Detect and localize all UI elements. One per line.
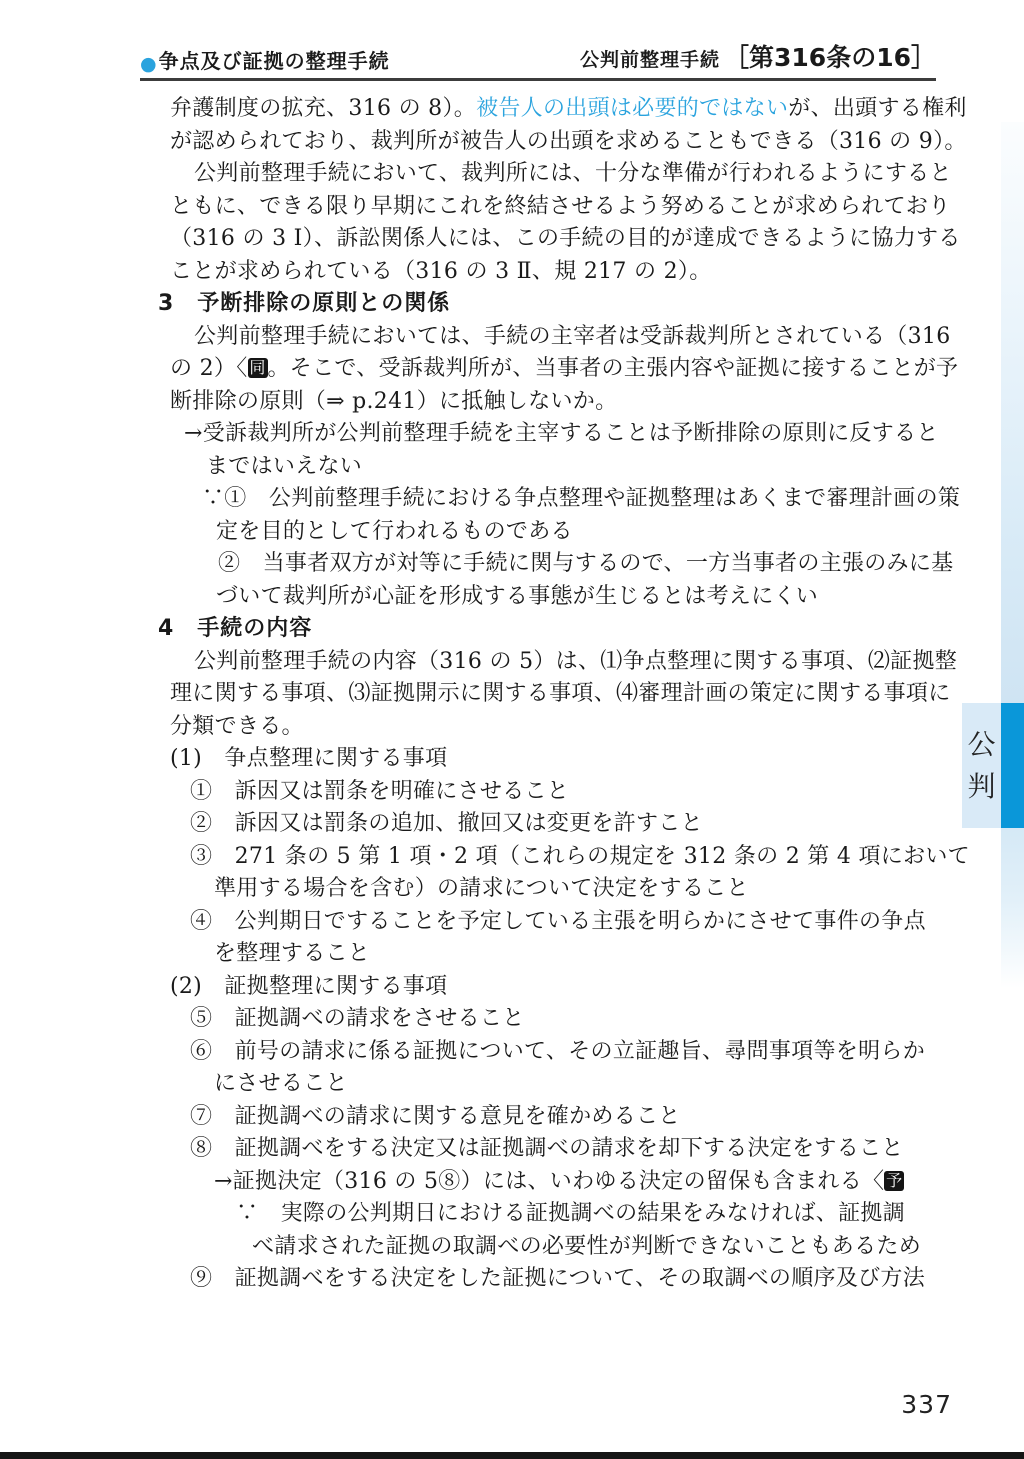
text-segment: ⑨ 証拠調べをする決定をした証拠について、その取調べの順序及び方法 bbox=[190, 1266, 925, 1291]
highlighted-text: 被告人の出頭は必要的ではない bbox=[476, 96, 788, 121]
text-line: 弁護制度の拡充、316 の 8）。被告人の出頭は必要的ではないが、出頭する権利 bbox=[170, 93, 960, 126]
chapter-index-strip-top bbox=[1001, 122, 1024, 703]
text-segment: ② 訴因又は罰条の追加、撤回又は変更を許すこと bbox=[190, 811, 703, 836]
text-line: ⑧ 証拠調べをする決定又は証拠調べの請求を却下する決定をすること bbox=[190, 1133, 960, 1166]
text-segment: ともに、できる限り早期にこれを終結させるよう努めることが求められており bbox=[170, 194, 951, 219]
text-segment: ∵ 実際の公判期日における証拠調べの結果をみなければ、証拠調 bbox=[236, 1201, 905, 1226]
text-line: ① 訴因又は罰条を明確にさせること bbox=[190, 776, 960, 809]
text-line: ⑤ 証拠調べの請求をさせること bbox=[190, 1003, 960, 1036]
tab-char-1: 公 bbox=[967, 731, 995, 759]
section-heading: 3 予断排除の原則との関係 bbox=[158, 288, 960, 321]
section-heading: 4 手続の内容 bbox=[158, 613, 960, 646]
text-line: ともに、できる限り早期にこれを終結させるよう努めることが求められており bbox=[170, 191, 960, 224]
chapter-tab-label: 公 判 bbox=[962, 703, 1001, 828]
reference-badge: 予 bbox=[884, 1171, 904, 1191]
page-header: ● 争点及び証拠の整理手続 公判前整理手続 ［第316条の16］ bbox=[140, 44, 936, 81]
text-line: ∵① 公判前整理手続における争点整理や証拠整理はあくまで審理計画の策 bbox=[202, 483, 960, 516]
text-line: の 2）〈同。そこで、受訴裁判所が、当事者の主張内容や証拠に接することが予 bbox=[170, 353, 960, 386]
body-text: 弁護制度の拡充、316 の 8）。被告人の出頭は必要的ではないが、出頭する権利が… bbox=[170, 93, 960, 1296]
text-segment: 定を目的として行われるものである bbox=[216, 519, 573, 544]
text-line: 公判前整理手続の内容（316 の 5）は、⑴争点整理に関する事項、⑵証拠整 bbox=[194, 646, 960, 679]
chapter-tab-marker bbox=[1001, 703, 1024, 828]
text-segment: ④ 公判期日ですることを予定している主張を明らかにさせて事件の争点 bbox=[190, 909, 926, 934]
text-segment: ⑦ 証拠調べの請求に関する意見を確かめること bbox=[190, 1104, 681, 1129]
text-line: まではいえない bbox=[206, 451, 960, 484]
text-line: (1) 争点整理に関する事項 bbox=[170, 743, 960, 776]
header-right: 公判前整理手続 ［第316条の16］ bbox=[580, 38, 936, 74]
text-line: づいて裁判所が心証を形成する事態が生じるとは考えにくい bbox=[216, 581, 960, 614]
chapter-index-strip-bottom bbox=[1001, 828, 1024, 988]
procedure-title: 公判前整理手続 bbox=[580, 45, 720, 72]
text-segment: が、出頭する権利 bbox=[788, 96, 966, 121]
text-line: 理に関する事項、⑶証拠開示に関する事項、⑷審理計画の策定に関する事項に bbox=[170, 678, 960, 711]
text-segment: ∵① 公判前整理手続における争点整理や証拠整理はあくまで審理計画の策 bbox=[202, 486, 960, 511]
text-line: (2) 証拠整理に関する事項 bbox=[170, 971, 960, 1004]
text-segment: 準用する場合を含む）の請求について決定をすること bbox=[214, 876, 749, 901]
text-line: ② 訴因又は罰条の追加、撤回又は変更を許すこと bbox=[190, 808, 960, 841]
text-segment: ⑥ 前号の請求に係る証拠について、その立証趣旨、尋問事項等を明らか bbox=[190, 1039, 925, 1064]
text-segment: 公判前整理手続の内容（316 の 5）は、⑴争点整理に関する事項、⑵証拠整 bbox=[194, 649, 957, 674]
text-segment: (2) 証拠整理に関する事項 bbox=[170, 974, 447, 999]
text-line: （316 の 3 Ⅰ）、訴訟関係人には、この手続の目的が達成できるように協力する bbox=[170, 223, 960, 256]
tab-char-2: 判 bbox=[967, 773, 995, 801]
text-segment: 公判前整理手続において、裁判所には、十分な準備が行われるようにすると bbox=[194, 161, 952, 186]
text-line: ④ 公判期日ですることを予定している主張を明らかにさせて事件の争点 bbox=[190, 906, 960, 939]
text-segment: ⑧ 証拠調べをする決定又は証拠調べの請求を却下する決定をすること bbox=[190, 1136, 904, 1161]
text-segment: 断排除の原則（⇒ p.241）に抵触しないか。 bbox=[170, 389, 617, 414]
book-page: ● 争点及び証拠の整理手続 公判前整理手続 ［第316条の16］ 弁護制度の拡充… bbox=[0, 0, 1024, 1459]
text-segment: 4 手続の内容 bbox=[158, 616, 312, 641]
text-line: ② 当事者双方が対等に手続に関与するので、一方当事者の主張のみに基 bbox=[218, 548, 960, 581]
text-line: ③ 271 条の 5 第 1 項・2 項（これらの規定を 312 条の 2 第 … bbox=[190, 841, 960, 874]
text-segment: の 2）〈 bbox=[170, 356, 248, 381]
text-segment: ② 当事者双方が対等に手続に関与するので、一方当事者の主張のみに基 bbox=[218, 551, 953, 576]
text-line: ⑥ 前号の請求に係る証拠について、その立証趣旨、尋問事項等を明らか bbox=[190, 1036, 960, 1069]
text-segment: 弁護制度の拡充、316 の 8）。 bbox=[170, 96, 476, 121]
page-number: 337 bbox=[901, 1390, 952, 1419]
text-segment: 分類できる。 bbox=[170, 714, 304, 739]
text-line: ∵ 実際の公判期日における証拠調べの結果をみなければ、証拠調 bbox=[236, 1198, 960, 1231]
text-line: ことが求められている（316 の 3 Ⅱ、規 217 の 2）。 bbox=[170, 256, 960, 289]
bottom-bar bbox=[0, 1452, 1024, 1459]
section-bullet-icon: ● bbox=[140, 55, 157, 74]
text-segment: 3 予断排除の原則との関係 bbox=[158, 291, 450, 316]
text-line: 断排除の原則（⇒ p.241）に抵触しないか。 bbox=[170, 386, 960, 419]
text-line: べ請求された証拠の取調べの必要性が判断できないこともあるため bbox=[252, 1231, 960, 1264]
text-segment: を整理すること bbox=[214, 941, 370, 966]
text-segment: まではいえない bbox=[206, 454, 362, 479]
text-line: 定を目的として行われるものである bbox=[216, 516, 960, 549]
text-line: を整理すること bbox=[214, 938, 960, 971]
text-line: →受訴裁判所が公判前整理手続を主宰することは予断排除の原則に反すると bbox=[184, 418, 960, 451]
text-segment: ⑤ 証拠調べの請求をさせること bbox=[190, 1006, 525, 1031]
text-segment: 。そこで、受訴裁判所が、当事者の主張内容や証拠に接することが予 bbox=[268, 356, 959, 381]
text-segment: （316 の 3 Ⅰ）、訴訟関係人には、この手続の目的が達成できるように協力する bbox=[170, 226, 961, 251]
text-line: 準用する場合を含む）の請求について決定をすること bbox=[214, 873, 960, 906]
text-segment: べ請求された証拠の取調べの必要性が判断できないこともあるため bbox=[252, 1234, 921, 1259]
text-segment: 公判前整理手続においては、手続の主宰者は受訴裁判所とされている（316 bbox=[194, 324, 951, 349]
text-line: が認められており、裁判所が被告人の出頭を求めることもできる（316 の 9）。 bbox=[170, 126, 960, 159]
section-title: 争点及び証拠の整理手続 bbox=[159, 45, 390, 74]
text-line: 公判前整理手続において、裁判所には、十分な準備が行われるようにすると bbox=[194, 158, 960, 191]
text-line: ⑦ 証拠調べの請求に関する意見を確かめること bbox=[190, 1101, 960, 1134]
text-segment: づいて裁判所が心証を形成する事態が生じるとは考えにくい bbox=[216, 584, 818, 609]
text-line: 公判前整理手続においては、手続の主宰者は受訴裁判所とされている（316 bbox=[194, 321, 960, 354]
article-reference: ［第316条の16］ bbox=[724, 38, 936, 74]
reference-badge: 同 bbox=[248, 358, 268, 378]
text-segment: 理に関する事項、⑶証拠開示に関する事項、⑷審理計画の策定に関する事項に bbox=[170, 681, 951, 706]
text-segment: ① 訴因又は罰条を明確にさせること bbox=[190, 779, 569, 804]
text-segment: ことが求められている（316 の 3 Ⅱ、規 217 の 2）。 bbox=[170, 259, 712, 284]
text-segment: にさせること bbox=[214, 1071, 348, 1096]
text-line: 分類できる。 bbox=[170, 711, 960, 744]
text-segment: が認められており、裁判所が被告人の出頭を求めることもできる（316 の 9）。 bbox=[170, 129, 967, 154]
text-line: →証拠決定（316 の 5⑧）には、いわゆる決定の留保も含まれる〈予 bbox=[214, 1166, 960, 1199]
text-segment: (1) 争点整理に関する事項 bbox=[170, 746, 447, 771]
text-line: にさせること bbox=[214, 1068, 960, 1101]
text-segment: →証拠決定（316 の 5⑧）には、いわゆる決定の留保も含まれる〈 bbox=[214, 1169, 884, 1194]
text-segment: ③ 271 条の 5 第 1 項・2 項（これらの規定を 312 条の 2 第 … bbox=[190, 844, 970, 869]
text-segment: →受訴裁判所が公判前整理手続を主宰することは予断排除の原則に反すると bbox=[184, 421, 939, 446]
text-line: ⑨ 証拠調べをする決定をした証拠について、その取調べの順序及び方法 bbox=[190, 1263, 960, 1296]
